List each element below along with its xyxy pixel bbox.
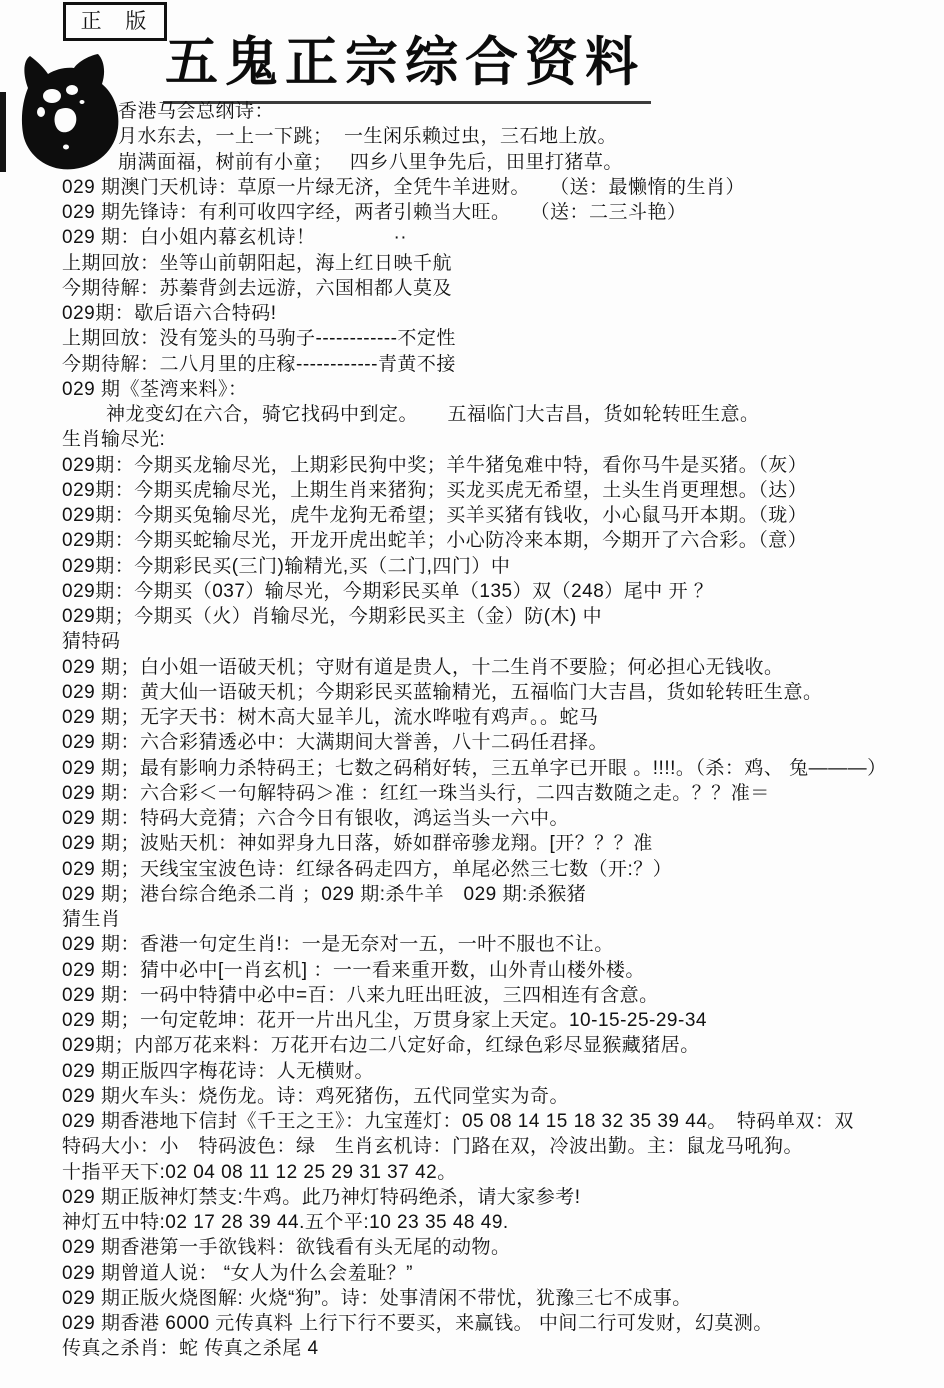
text-line: 029 期《荃湾来料》：	[0, 377, 944, 402]
text-line: 今期待解：苏蓁背剑去远游，六国相都人莫及	[0, 276, 944, 301]
text-line: 029期：今期买兔输尽光，虎牛龙狗无希望；买羊买猪有钱收，小心鼠马开本期。（珑）	[0, 503, 944, 528]
text-line: 猜生肖	[0, 907, 944, 932]
text-line: 029 期：猜中必中[一肖玄机] ：一一看来重开数，山外青山楼外楼。	[0, 958, 944, 983]
text-line: 029 期香港地下信封《千王之王》：九宝莲灯：05 08 14 15 18 32…	[0, 1109, 944, 1134]
text-line: 029 期；白小姐一语破天机；守财有道是贵人，十二生肖不要脸；何必担心无钱收。	[0, 655, 944, 680]
text-line: 猜特码	[0, 629, 944, 654]
text-line: 029 期先锋诗：有利可收四字经，两者引赖当大旺。 （送：二三斗艳）	[0, 200, 944, 225]
text-line: 崩满面福，树前有小童； 四乡八里争先后，田里打猪草。	[0, 150, 944, 175]
text-line: 月水东去，一上一下跳； 一生闲乐赖过虫，三石地上放。	[0, 124, 944, 149]
text-line: 传真之杀肖：蛇 传真之杀尾 4	[0, 1336, 944, 1361]
text-line: 029 期香港 6000 元传真料 上行下行不要买，来赢钱。 中间二行可发财，幻…	[0, 1311, 944, 1336]
text-line: 神龙变幻在六合，骑它找码中到定。 五福临门大吉昌，货如轮转旺生意。	[0, 402, 944, 427]
text-line: 神灯五中特:02 17 28 39 44.五个平:10 23 35 48 49.	[0, 1210, 944, 1235]
text-line: 029期：今期彩民买(三门)输精光,买（二门,四门）中	[0, 554, 944, 579]
text-line: 029 期香港第一手欲钱料：欲钱看有头无尾的动物。	[0, 1235, 944, 1260]
text-line: 029期：今期买蛇输尽光，开龙开虎出蛇羊；小心防冷来本期，今期开了六合彩。（意）	[0, 528, 944, 553]
text-line: 香港马会总纲诗：	[0, 99, 944, 124]
text-line: 029 期；一句定乾坤：花开一片出凡尘，万贯身家上天定。10-15-25-29-…	[0, 1008, 944, 1033]
text-line: 十指平天下:02 04 08 11 12 25 29 31 37 42。	[0, 1160, 944, 1185]
text-line: 029期；今期买（火）肖输尽光，今期彩民买主（金）防(木) 中	[0, 604, 944, 629]
text-line: 029 期：一码中特猜中必中=百：八来九旺出旺波，三四相连有含意。	[0, 983, 944, 1008]
text-line: 029 期：特码大竞猜；六合今日有银收，鸿运当头一六中。	[0, 806, 944, 831]
text-line: 029期：今期买（037）输尽光，今期彩民买单（135）双（248）尾中 开 ？	[0, 579, 944, 604]
text-line: 029 期：黄大仙一语破天机；今期彩民买蓝输精光，五福临门大吉昌，货如轮转旺生意…	[0, 680, 944, 705]
text-line: 029 期正版神灯禁支:牛鸡。此乃神灯特码绝杀，请大家参考!	[0, 1185, 944, 1210]
text-line: 029 期；港台综合绝杀二肖 ；029 期:杀牛羊 029 期:杀猴猪	[0, 882, 944, 907]
text-line: 029 期；无字天书：树木高大显羊儿，流水哗啦有鸡声。。蛇马	[0, 705, 944, 730]
text-line: 029 期火车头：烧伤龙。诗：鸡死猪伤，五代同堂实为奇。	[0, 1084, 944, 1109]
text-line: 029期：今期买虎输尽光，上期生肖来猪狗；买龙买虎无希望，土头生肖更理想。（达）	[0, 478, 944, 503]
document-lines: 香港马会总纲诗：月水东去，一上一下跳； 一生闲乐赖过虫，三石地上放。崩满面福，树…	[0, 99, 944, 1362]
text-line: 029 期；波贴天机：神如羿身九日落，娇如群帝骖龙翔。[开？？？准	[0, 831, 944, 856]
text-line: 029期；内部万花来料：万花开右边二八定好命，红绿色彩尽显猴藏猪居。	[0, 1033, 944, 1058]
text-line: 029 期：白小姐内幕玄机诗！ ··	[0, 225, 944, 250]
text-line: 029期：歇后语六合特码!	[0, 301, 944, 326]
text-line: 029期：今期买龙输尽光，上期彩民狗中奖；羊牛猪兔难中特，看你马牛是买猪。（灰）	[0, 453, 944, 478]
genuine-badge: 正 版	[63, 2, 167, 41]
text-line: 029 期曾道人说： “女人为什么会羞耻？”	[0, 1261, 944, 1286]
text-line: 生肖输尽光:	[0, 427, 944, 452]
tip-sheet-page: 正 版 五鬼正宗综合资料 香港马会总纲诗：月水东去，一上一下跳； 一生闲乐赖过虫…	[0, 0, 944, 1388]
text-line: 029 期正版四字梅花诗：人无横财。	[0, 1059, 944, 1084]
text-line: 029 期正版火烧图解: 火烧“狗”。诗：处事清闲不带忧，犹豫三七不成事。	[0, 1286, 944, 1311]
text-line: 029 期澳门天机诗：草原一片绿无济，全凭牛羊进财。 （送：最懒惰的生肖）	[0, 175, 944, 200]
text-line: 029 期；最有影响力杀特码王；七数之码稍好转，三五单字已开眼 。!!!!。（杀…	[0, 756, 944, 781]
text-line: 029 期：六合彩＜一句解特码＞准 ：红红一珠当头行，二四吉数随之走。？？准＝	[0, 781, 944, 806]
text-line: 上期回放：没有笼头的马驹子------------不定性	[0, 326, 944, 351]
text-line: 上期回放：坐等山前朝阳起，海上红日映千航	[0, 251, 944, 276]
text-line: 今期待解：二八月里的庄稼------------青黄不接	[0, 352, 944, 377]
ghost-blob-icon	[14, 52, 132, 174]
text-line: 029 期；天线宝宝波色诗：红绿各码走四方，单尾必然三七数（开:？）	[0, 857, 944, 882]
page-title: 五鬼正宗综合资料	[163, 20, 651, 104]
text-line: 029 期：六合彩猜透必中：大满期间大誉善，八十二码任君择。	[0, 730, 944, 755]
text-line: 特码大小：小 特码波色：绿 生肖玄机诗：门路在双，冷波出勤。主：鼠龙马吼狗。	[0, 1134, 944, 1159]
text-line: 029 期：香港一句定生肖!：一是无奈对一五，一叶不服也不让。	[0, 932, 944, 957]
